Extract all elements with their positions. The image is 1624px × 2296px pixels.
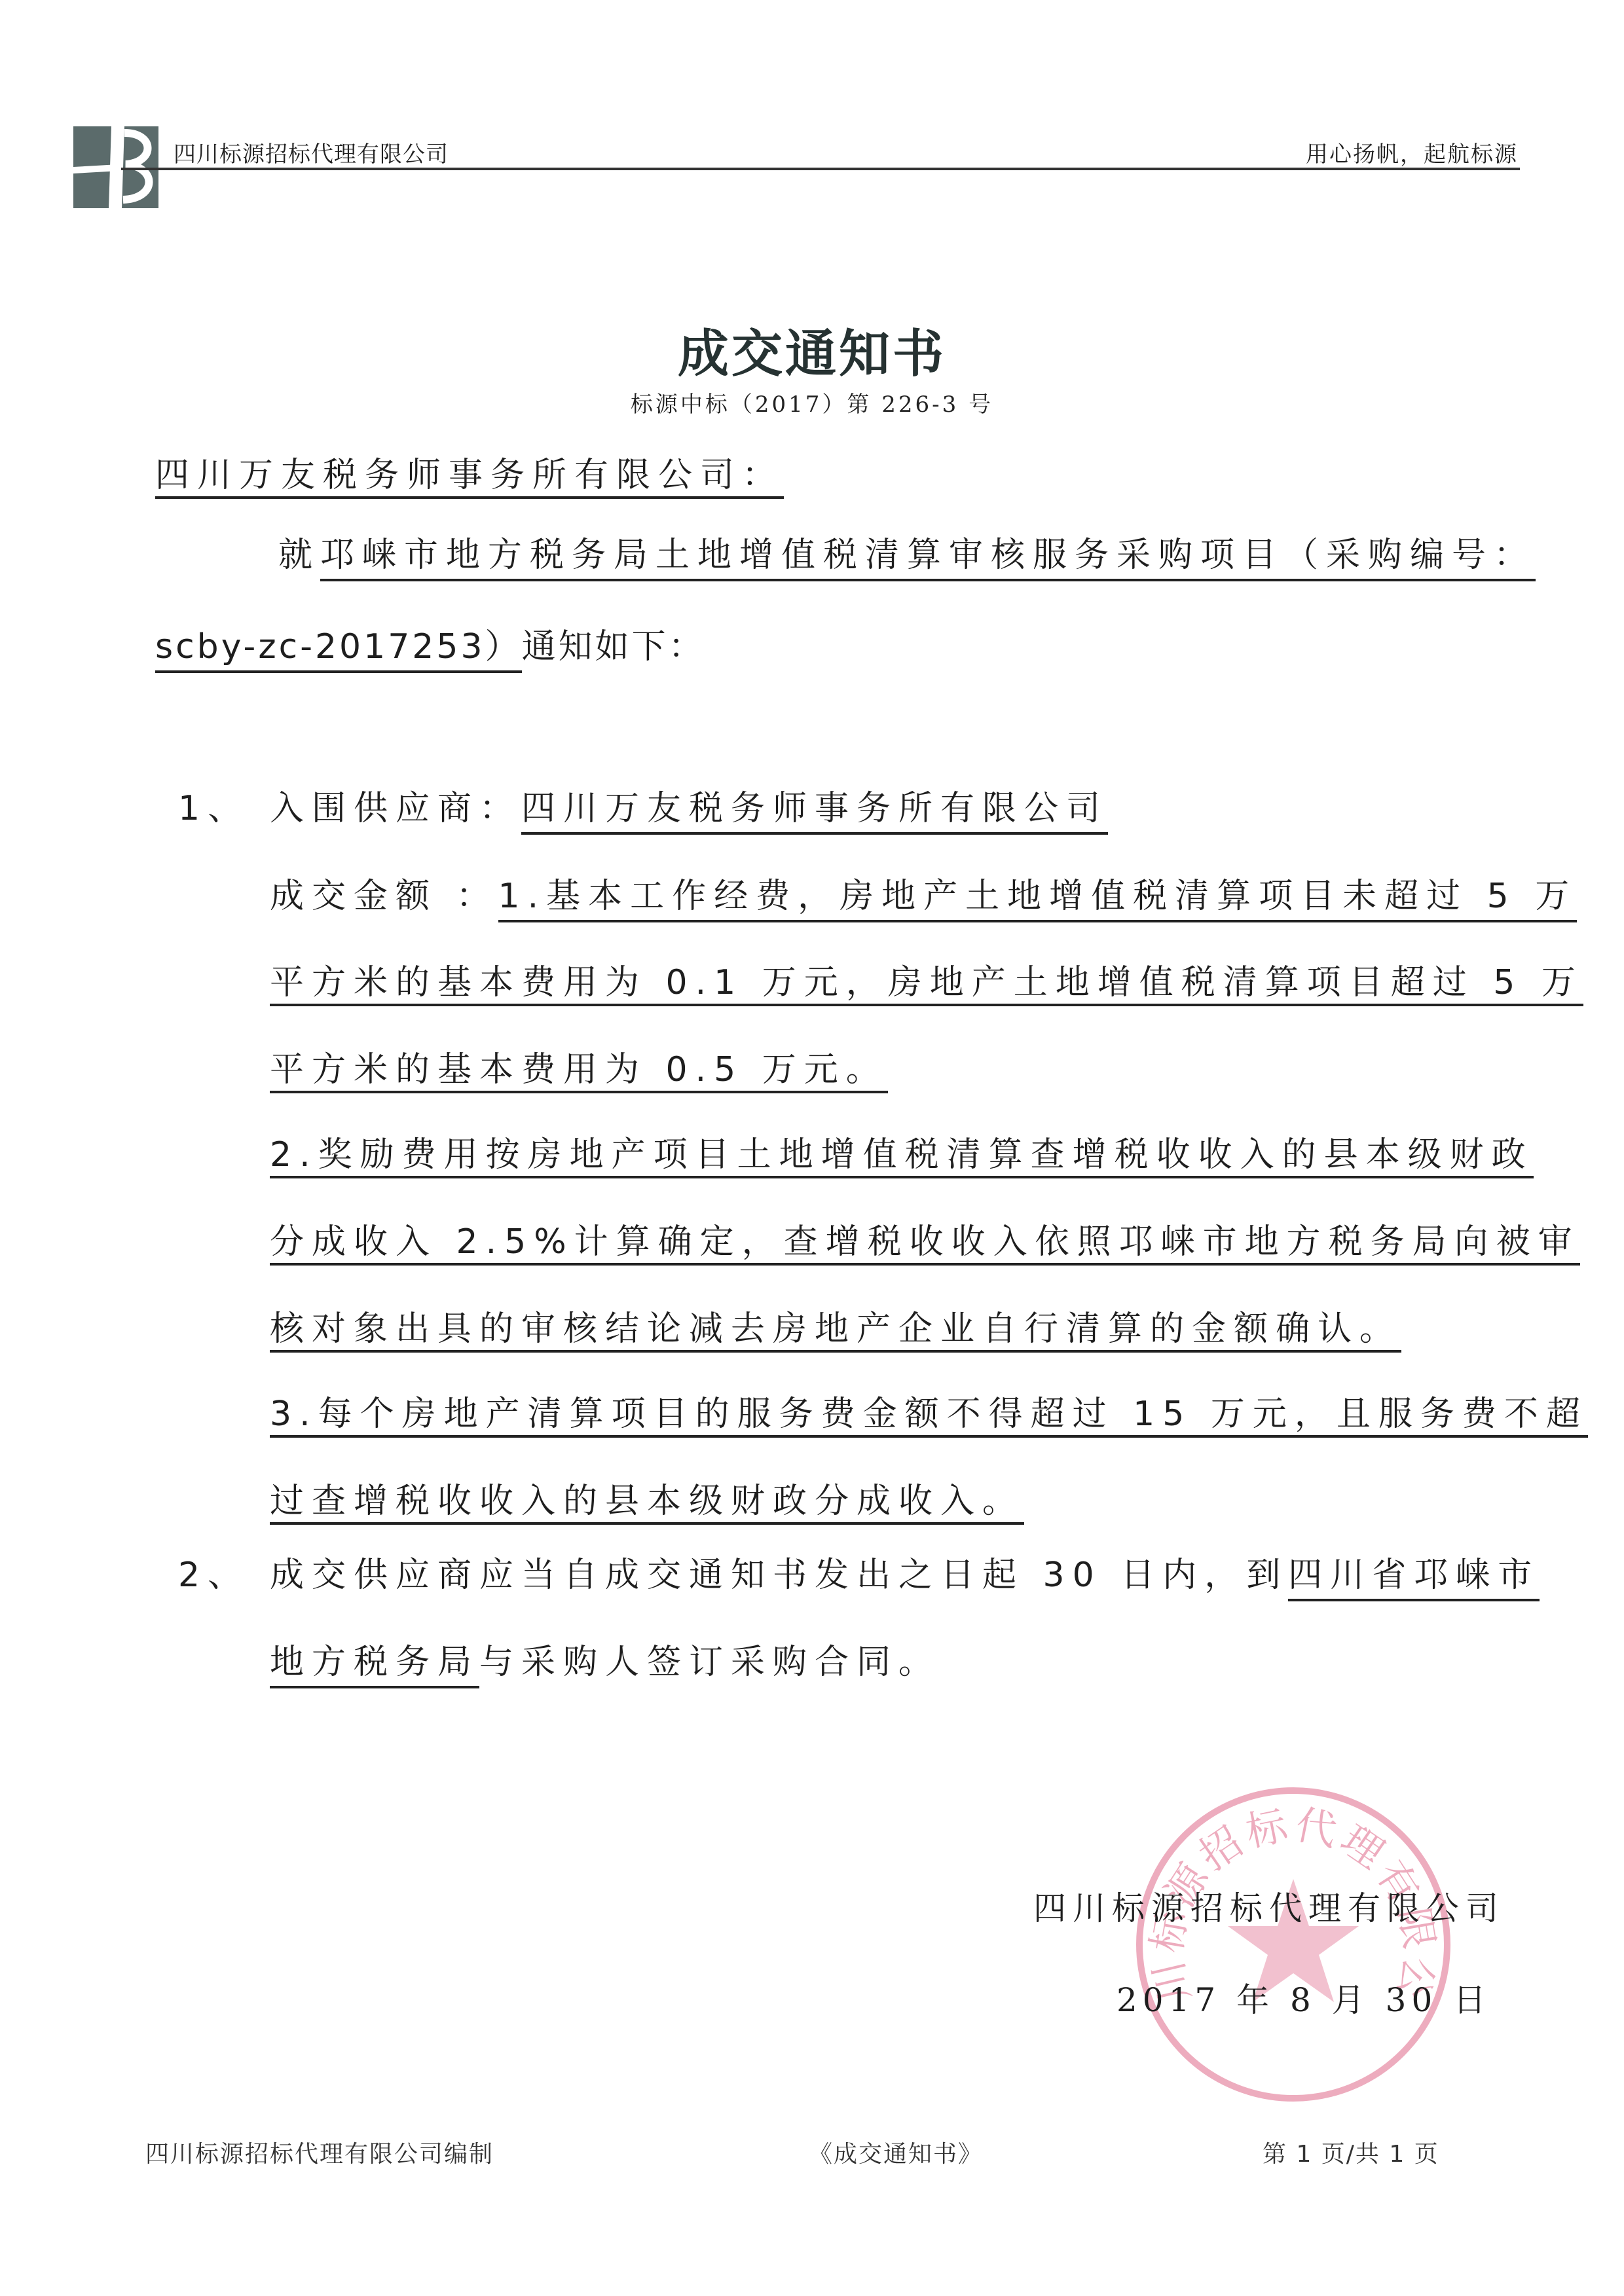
amount-line-1: 成交金额 ：1.基本工作经费，房地产土地增值税清算项目未超过 5 万 bbox=[270, 879, 1577, 913]
intro-line-1: 就邛崃市地方税务局土地增值税清算审核服务采购项目（采购编号： bbox=[278, 538, 1536, 572]
item-2-line-2: 地方税务局与采购人签订采购合同。 bbox=[270, 1645, 940, 1679]
item-2-number: 2、 bbox=[178, 1558, 249, 1592]
header-slogan: 用心扬帆，起航标源 bbox=[1306, 136, 1518, 168]
item-1-number: 1、 bbox=[178, 792, 249, 826]
document-title: 成交通知书 bbox=[0, 313, 1624, 386]
cap-line-1: 3.每个房地产清算项目的服务费金额不得超过 15 万元，且服务费不超 bbox=[270, 1397, 1588, 1438]
document-page: 四川标源招标代理有限公司 用心扬帆，起航标源 成交通知书 标源中标（2017）第… bbox=[0, 0, 1624, 2296]
item-1-supplier: 入围供应商：四川万友税务师事务所有限公司 bbox=[270, 792, 1108, 826]
amount-text: 1.基本工作经费，房地产土地增值税清算项目未超过 5 万 bbox=[498, 877, 1578, 922]
intro-prefix: 就 bbox=[278, 536, 320, 575]
reward-line-3: 核对象出具的审核结论减去房地产企业自行清算的金额确认。 bbox=[270, 1312, 1401, 1353]
cap-line-2: 过查增税收收入的县本级财政分成收入。 bbox=[270, 1484, 1024, 1525]
amount-line-2: 平方米的基本费用为 0.1 万元，房地产土地增值税清算项目超过 5 万 bbox=[270, 966, 1583, 1006]
footer-page-number: 第 1 页/共 1 页 bbox=[1263, 2136, 1439, 2169]
header-company-name: 四川标源招标代理有限公司 bbox=[174, 136, 449, 168]
item-2-line-1: 成交供应商应当自成交通知书发出之日起 30 日内，到四川省邛崃市 bbox=[270, 1558, 1540, 1592]
document-number: 标源中标（2017）第 226-3 号 bbox=[0, 386, 1624, 418]
header-divider bbox=[121, 168, 1520, 170]
reward-line-1: 2.奖励费用按房地产项目土地增值税清算查增税收收入的县本级财政 bbox=[270, 1138, 1534, 1178]
footer-compiler: 四川标源招标代理有限公司编制 bbox=[145, 2136, 494, 2169]
contract-deadline-text: 成交供应商应当自成交通知书发出之日起 30 日内，到 bbox=[270, 1556, 1288, 1595]
procurement-number: scby-zc-2017253） bbox=[155, 627, 522, 673]
signature-date: 2017 年 8 月 30 日 bbox=[1116, 1984, 1491, 2016]
amount-label: 成交金额 ： bbox=[270, 877, 498, 916]
intro-suffix: 通知如下： bbox=[522, 627, 705, 666]
contract-location-cont: 地方税务局 bbox=[270, 1643, 479, 1688]
official-seal-stamp: 四川标源招标代理有限公司 bbox=[1130, 1781, 1457, 2108]
contract-sign-text: 与采购人签订采购合同。 bbox=[479, 1643, 940, 1682]
signature-company: 四川标源招标代理有限公司 bbox=[1033, 1892, 1505, 1925]
reward-line-2: 分成收入 2.5%计算确定，查增税收收入依照邛崃市地方税务局向被审 bbox=[270, 1225, 1580, 1266]
supplier-label: 入围供应商： bbox=[270, 789, 521, 828]
intro-line-2: scby-zc-2017253）通知如下： bbox=[155, 630, 705, 664]
supplier-name: 四川万友税务师事务所有限公司 bbox=[521, 789, 1108, 835]
footer-document-name: 《成交通知书》 bbox=[809, 2136, 983, 2169]
project-name: 邛崃市地方税务局土地增值税清算审核服务采购项目（采购编号： bbox=[320, 536, 1536, 581]
contract-location: 四川省邛崃市 bbox=[1288, 1556, 1540, 1601]
amount-line-3: 平方米的基本费用为 0.5 万元。 bbox=[270, 1053, 888, 1093]
addressee: 四川万友税务师事务所有限公司： bbox=[155, 458, 784, 499]
